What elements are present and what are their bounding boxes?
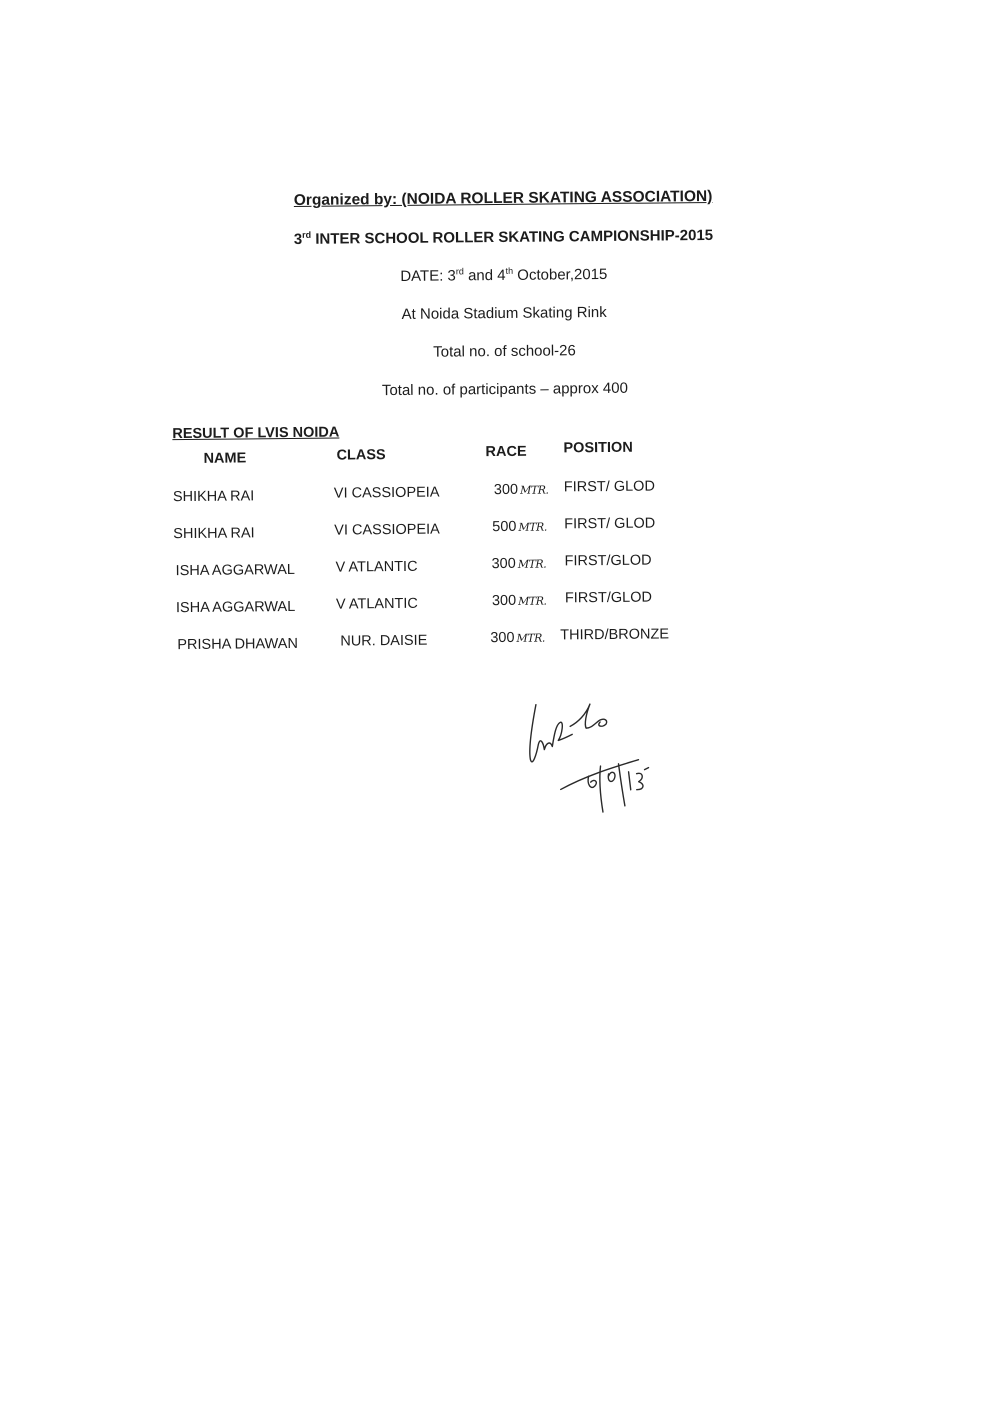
cell-class: V ATLANTIC	[336, 559, 418, 576]
race-distance: 300	[492, 593, 516, 609]
race-unit-handwritten: MTR.	[518, 595, 547, 608]
race-distance: 500	[492, 519, 516, 535]
results-table: SHIKHA RAIVI CASSIOPEIA300MTR.FIRST/ GLO…	[0, 0, 988, 5]
event-venue: At Noida Stadium Skating Rink	[0, 300, 992, 327]
cell-position: FIRST/ GLOD	[564, 516, 655, 533]
cell-name: SHIKHA RAI	[173, 525, 255, 542]
cell-position: FIRST/GLOD	[564, 553, 651, 570]
cell-class: V ATLANTIC	[336, 596, 418, 613]
race-unit-handwritten: MTR.	[520, 484, 549, 497]
column-header-name: NAME	[203, 450, 246, 466]
table-row: SHIKHA RAIVI CASSIOPEIA500MTR.FIRST/ GLO…	[0, 0, 988, 5]
table-row: SHIKHA RAIVI CASSIOPEIA300MTR.FIRST/ GLO…	[0, 0, 988, 5]
cell-class: VI CASSIOPEIA	[334, 485, 440, 502]
cell-name: ISHA AGGARWAL	[176, 599, 295, 616]
event-date: DATE: 3rd and 4th October,2015	[0, 262, 992, 289]
signature-icon	[508, 693, 679, 825]
table-row: ISHA AGGARWALV ATLANTIC300MTR.FIRST/GLOD	[0, 0, 988, 5]
total-schools: Total no. of school-26	[0, 338, 992, 365]
event-title: 3rd INTER SCHOOL ROLLER SKATING CAMPIONS…	[0, 224, 992, 251]
document-page: Organized by: (NOIDA ROLLER SKATING ASSO…	[0, 0, 992, 1403]
column-header-position: POSITION	[563, 440, 632, 457]
cell-race: 300MTR.	[492, 593, 547, 610]
table-row: ISHA AGGARWALV ATLANTIC300MTR.FIRST/GLOD	[0, 0, 988, 5]
race-unit-handwritten: MTR.	[518, 558, 547, 571]
race-distance: 300	[491, 556, 515, 572]
column-header-class: CLASS	[336, 447, 385, 463]
table-row: PRISHA DHAWANNUR. DAISIE300MTR.THIRD/BRO…	[0, 0, 988, 5]
cell-position: THIRD/BRONZE	[560, 626, 669, 643]
column-header-race: RACE	[485, 444, 526, 460]
organizer-line: Organized by: (NOIDA ROLLER SKATING ASSO…	[0, 185, 992, 213]
race-distance: 300	[494, 482, 518, 498]
cell-position: FIRST/GLOD	[565, 590, 652, 607]
cell-race: 300MTR.	[494, 482, 549, 499]
cell-race: 300MTR.	[490, 630, 545, 647]
cell-name: PRISHA DHAWAN	[177, 636, 298, 653]
results-heading: RESULT OF LVIS NOIDA	[172, 425, 339, 443]
cell-position: FIRST/ GLOD	[564, 479, 655, 496]
race-unit-handwritten: MTR.	[518, 521, 547, 534]
cell-name: ISHA AGGARWAL	[176, 562, 295, 579]
cell-class: NUR. DAISIE	[340, 633, 427, 650]
cell-race: 300MTR.	[491, 556, 546, 573]
cell-name: SHIKHA RAI	[173, 488, 255, 505]
race-unit-handwritten: MTR.	[516, 632, 545, 645]
cell-race: 500MTR.	[492, 519, 547, 536]
cell-class: VI CASSIOPEIA	[334, 522, 440, 539]
total-participants: Total no. of participants – approx 400	[0, 376, 992, 403]
race-distance: 300	[490, 630, 514, 646]
